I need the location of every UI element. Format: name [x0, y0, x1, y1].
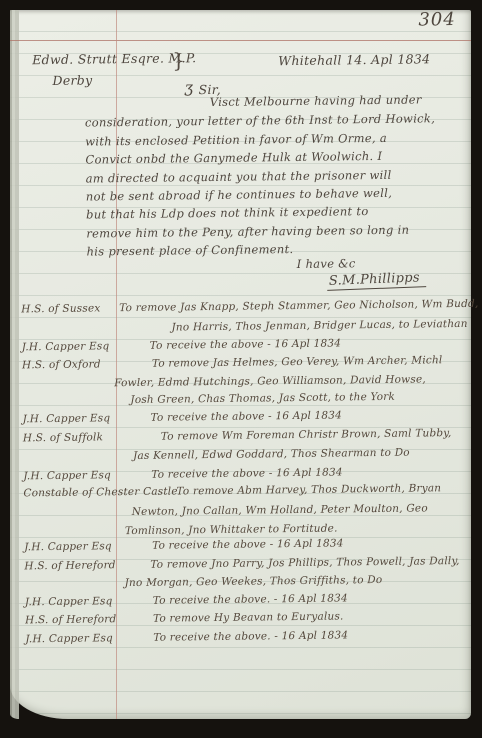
- letter-body-line: his present place of Confinement.: [86, 242, 293, 259]
- register-label: H.S. of Suffolk: [23, 431, 103, 444]
- page-number: 304: [386, 9, 456, 31]
- register-text: Jno Morgan, Geo Weekes, Thos Griffiths, …: [125, 574, 383, 589]
- register-label: H.S. of Sussex: [21, 302, 100, 315]
- register-text: To remove Jas Helmes, Geo Verey, Wm Arch…: [152, 354, 443, 370]
- register-text: To receive the above. - 16 Apl 1834: [153, 592, 348, 606]
- brace-flourish: }: [172, 48, 185, 72]
- register-text: To remove Hy Beavan to Euryalus.: [153, 610, 344, 624]
- register-label: H.S. of Hereford: [24, 559, 115, 572]
- register-label: J.H. Capper Esq: [24, 540, 112, 553]
- letter-body-line: consideration, your letter of the 6th In…: [85, 111, 435, 129]
- register-label: J.H. Capper Esq: [25, 595, 113, 608]
- letter-body-line: remove him to the Peny, after having bee…: [86, 223, 409, 241]
- register-text: To remove Abm Harvey, Thos Duckworth, Br…: [176, 482, 441, 497]
- register-text: Josh Green, Chas Thomas, Jas Scott, to t…: [130, 391, 395, 406]
- register-label: H.S. of Hereford: [25, 613, 116, 626]
- register-text: To receive the above - 16 Apl 1834: [151, 466, 343, 480]
- register-label: H.S. of Oxford: [22, 358, 101, 371]
- letter-body-line: with its enclosed Petition in favor of W…: [85, 131, 387, 149]
- register-text: To receive the above - 16 Apl 1834: [150, 337, 342, 351]
- register-text: To receive the above. - 16 Apl 1834: [153, 629, 348, 643]
- register-label: J.H. Capper Esq: [22, 340, 110, 353]
- register-text: To remove Jas Knapp, Steph Stammer, Geo …: [119, 298, 478, 314]
- letter-body-line: not be sent abroad if he continues to be…: [86, 186, 392, 204]
- register-label: Constable of Chester Castle: [23, 485, 177, 499]
- register-label: J.H. Capper Esq: [23, 412, 111, 425]
- register-text: Tomlinson, Jno Whittaker to Fortitude.: [125, 522, 338, 537]
- register-text: To remove Jno Parry, Jos Phillips, Thos …: [150, 555, 459, 571]
- letter-body-line: Visct Melbourne having had under: [210, 92, 422, 109]
- addressee-place: Derby: [52, 72, 92, 87]
- register-text: Jno Harris, Thos Jenman, Bridger Lucas, …: [171, 318, 467, 334]
- register-text: Newton, Jno Callan, Wm Holland, Peter Mo…: [132, 502, 428, 518]
- handwritten-content: 304 Edwd. Strutt Esqre. M.P. } Derby Whi…: [6, 5, 476, 720]
- register-text: Fowler, Edmd Hutchings, Geo Williamson, …: [114, 373, 426, 389]
- register-text: To receive the above - 16 Apl 1834: [151, 409, 343, 423]
- register-text: To receive the above - 16 Apl 1834: [152, 537, 344, 551]
- valediction: I have &c: [297, 256, 356, 271]
- letter-body-line: but that his Ldp does not think it exped…: [86, 204, 369, 221]
- register-label: J.H. Capper Esq: [23, 469, 111, 482]
- signature: S.M.Phillipps: [327, 270, 427, 291]
- register-text: Jas Kennell, Edwd Goddard, Thos Shearman…: [133, 447, 410, 462]
- letter-body-line: Convict onbd the Ganymede Hulk at Woolwi…: [85, 149, 382, 167]
- salutation-flourish: ʒ: [184, 78, 193, 96]
- register-label: J.H. Capper Esq: [25, 632, 113, 645]
- letter-body-line: am directed to acquaint you that the pri…: [86, 168, 392, 186]
- ledger-page: 304 Edwd. Strutt Esqre. M.P. } Derby Whi…: [10, 10, 471, 719]
- dateline: Whitehall 14. Apl 1834: [278, 51, 430, 68]
- register-text: To remove Wm Foreman Christr Brown, Saml…: [161, 427, 452, 443]
